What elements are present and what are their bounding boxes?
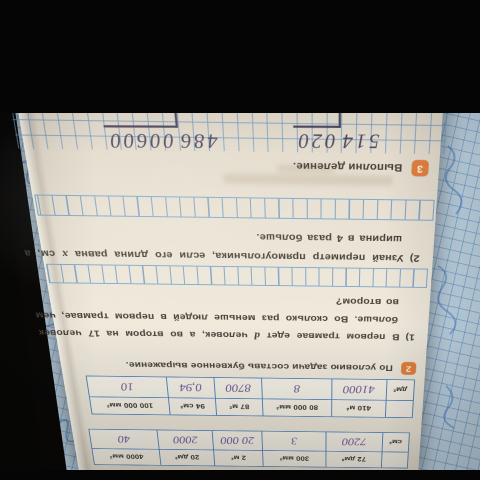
table-cell-empty [386,401,413,418]
table-cell-given: 20 дм² [160,450,216,466]
handwritten-answer: 10 [120,380,135,393]
conversion-table-dm2: 410 м² 80 000 мм² 87 м² 94 см² 100 000 м… [86,376,415,418]
handwritten-answer: 3 [291,435,298,447]
table-cell-given: 94 см² [169,398,217,415]
table-row-given-values: 72 дм² 300 мм² 2 м² 20 дм² 4000 мм² [92,449,407,468]
handwritten-answer: 7200 [342,436,367,448]
problem-1-text: 1)В первом трамвае едет d человек, а во … [31,288,418,345]
division-digits: 514 [340,129,380,152]
handwritten-answer: 40 [117,433,131,445]
problem-number: 1) [405,332,415,342]
handwritten-answer: 41000 [343,383,375,396]
letterbox-bottom [0,470,480,480]
task-3-title: Выполни деление. [293,160,403,176]
answer-grid-row [46,264,428,288]
table-cell-given: 4000 мм² [92,449,161,465]
table-cell-empty [382,452,408,467]
problem-text: В первом трамвае едет [260,330,400,342]
handwritten-division-2: 48600600 [103,125,218,151]
letterbox-top [0,0,480,113]
conversion-table-cm2: 72 дм² 300 мм² 2 м² 20 дм² 4000 мм² см² … [88,429,410,469]
division-digits-under-bracket: 00600 [103,125,179,151]
handwritten-answer: 2000 [172,434,198,446]
handwritten-answer: 20 000 [220,435,255,447]
problem-2-text: 2)Узнай периметр прямоугольника, если ег… [19,224,421,267]
handwritten-answer: 8 [293,383,300,396]
handwritten-answer: 0,94 [179,381,203,394]
unit-label-cm2: см² [383,433,409,452]
table-cell-given: 80 000 мм² [263,399,332,416]
table-cell-given: 87 м² [216,399,264,416]
table-cell-given: 72 дм² [326,452,382,468]
answer-grid-row [34,195,435,221]
table-cell-given: 2 м² [214,450,264,466]
task-3-header: 3 Выполни деление. [39,155,429,176]
task-2-title: По условию задачи составь буквенное выра… [125,360,393,375]
task-number-badge: 2 [401,362,416,374]
handwritten-answer: 8700 [225,382,252,395]
table-cell-given: 410 м² [332,400,386,417]
workbook-page: 72 дм² 300 мм² 2 м² 20 дм² 4000 мм² см² … [11,72,445,477]
task-number-badge: 3 [412,160,429,176]
task-2-header: 2 По условию задачи составь буквенное вы… [71,358,416,374]
division-digits: 486 [177,129,218,152]
table-cell-given: 300 мм² [263,451,326,467]
photo-of-workbook-page: 72 дм² 300 мм² 2 м² 20 дм² 4000 мм² см² … [0,0,480,480]
problem-text: Узнай периметр прямоугольника, если его … [67,248,404,264]
division-digits-under-bracket: 020 [293,126,340,152]
unit-label-dm2: дм² [387,380,414,400]
variable-d: d [254,330,260,340]
handwritten-division-1: 514020 [293,126,380,152]
table-cell-given: 100 000 мм² [90,397,171,414]
table-row-given-values: 410 м² 80 000 мм² 87 м² 94 см² 100 000 м… [90,397,413,417]
problem-number: 2) [409,252,420,263]
